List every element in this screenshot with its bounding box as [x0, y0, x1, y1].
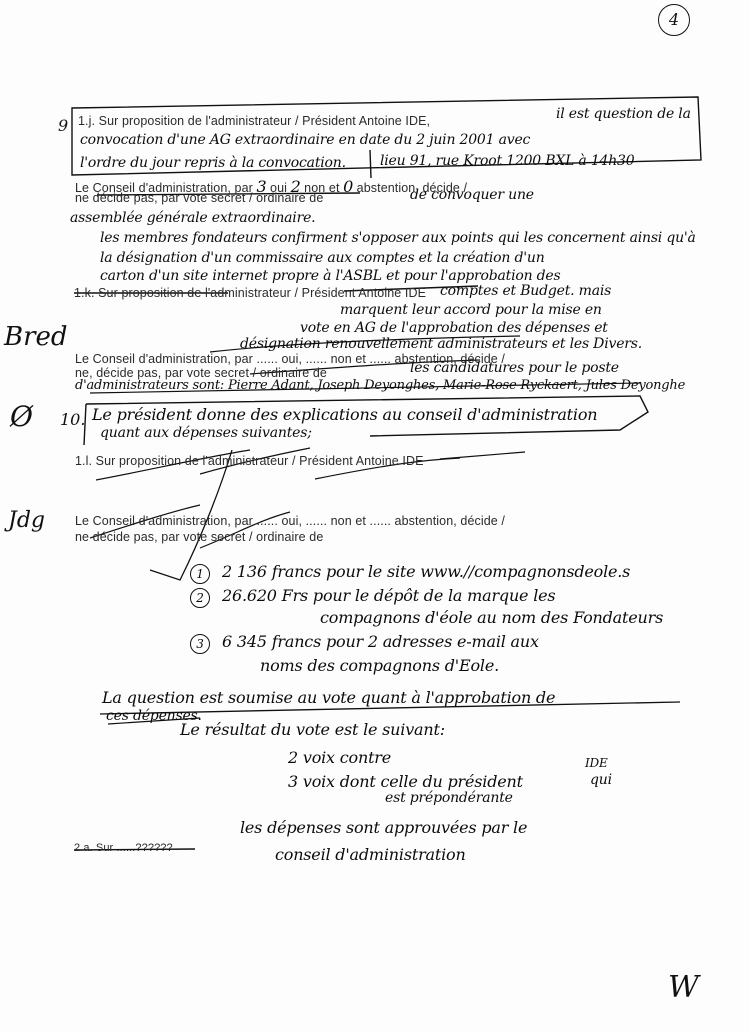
- item-1l-signature: Jdg: [8, 508, 45, 533]
- item-1k-handwritten-line3: désignation renouvellement administrateu…: [240, 336, 642, 352]
- item-9-second-printed-line: ne décide pas, par vote secret / ordinai…: [75, 191, 323, 205]
- expense-text-cont: noms des compagnons d'Eole.: [260, 656, 499, 675]
- expense-text: 26.620 Frs pour le dépôt de la marque le…: [222, 586, 555, 605]
- scanned-document-page: 4 9 1.j. Sur proposition de l'administra…: [0, 0, 750, 1031]
- expense-text: 6 345 francs pour 2 adresses e-mail aux: [222, 632, 539, 651]
- item-9-decision-line6: comptes et Budget. mais: [440, 283, 611, 299]
- item-10-signature: Ø: [10, 400, 33, 433]
- item-9-number: 9: [58, 116, 68, 135]
- conclusion-line2: conseil d'administration: [275, 845, 466, 864]
- vote-result-ide: IDE: [585, 756, 608, 770]
- item-10-number: 10.: [60, 410, 85, 429]
- item-1l-printed-heading: 1.l. Sur proposition de l'administrateur…: [75, 454, 424, 468]
- item-1k-handwritten-line1: marquent leur accord pour la mise en: [340, 302, 602, 318]
- item-9-handwritten-line3: l'ordre du jour repris à la convocation.: [80, 155, 346, 171]
- conclusion-line1: les dépenses sont approuvées par le: [240, 818, 527, 837]
- bottom-initials: W: [668, 970, 699, 1005]
- expense-index-circle: 2: [190, 588, 210, 608]
- item-1k-handwritten-line2: vote en AG de l'approbation des dépenses…: [300, 320, 608, 336]
- item-9-decision-line5: carton d'un site internet propre à l'ASB…: [100, 268, 561, 284]
- item-9-decision-line3: les membres fondateurs confirment s'oppo…: [100, 230, 696, 246]
- item-1k-signature: Bred: [4, 322, 68, 352]
- vote-result-intro: Le résultat du vote est le suivant:: [180, 720, 445, 739]
- item-1k-candidates-intro: les candidatures pour le poste: [410, 360, 619, 376]
- vote-result-qui: qui: [590, 772, 612, 788]
- expense-index-circle: 1: [190, 564, 210, 584]
- vote-result-against: 2 voix contre: [288, 748, 391, 767]
- item-1l-vote-line: Le Conseil d'administration, par ...... …: [75, 514, 505, 528]
- item-9-handwritten-line2: convocation d'une AG extraordinaire en d…: [80, 132, 530, 148]
- page-number-circled: 4: [658, 4, 690, 36]
- expense-text: 2 136 francs pour le site www.//compagno…: [222, 562, 630, 581]
- item-1l-second-printed-line: ne décide pas, par vote secret / ordinai…: [75, 530, 323, 544]
- expense-index-circle: 3: [190, 634, 210, 654]
- abstention-count: 0: [343, 177, 353, 196]
- item-9-decision-line4: la désignation d'un commissaire aux comp…: [100, 250, 545, 266]
- vote-question-line1: La question est soumise au vote quant à …: [102, 688, 555, 707]
- vote-result-preponderante: est prépondérante: [385, 790, 513, 806]
- item-2a-struck: 2.a. Sur ......??????: [74, 842, 173, 854]
- item-9-decision-line2: assemblée générale extraordinaire.: [70, 210, 315, 226]
- item-9-decision-line1: de convoquer une: [410, 187, 534, 203]
- item-9-printed-heading: 1.j. Sur proposition de l'administrateur…: [78, 114, 430, 128]
- vote-result-for: 3 voix dont celle du président: [288, 772, 523, 791]
- item-1k-printed-heading: 1.k. Sur proposition de l'administrateur…: [74, 286, 426, 300]
- item-9-handwritten-line1: il est question de la: [556, 106, 691, 122]
- item-9-location-note: lieu 91, rue Kroot 1200 BXL à 14h30: [380, 153, 634, 169]
- expense-text-cont: compagnons d'éole au nom des Fondateurs: [320, 608, 663, 627]
- item-1k-candidates-line: d'administrateurs sont: Pierre Adant, Jo…: [75, 378, 685, 393]
- item-10-handwritten-line1: Le président donne des explications au c…: [92, 405, 597, 424]
- item-10-handwritten-line2: quant aux dépenses suivantes;: [100, 425, 312, 441]
